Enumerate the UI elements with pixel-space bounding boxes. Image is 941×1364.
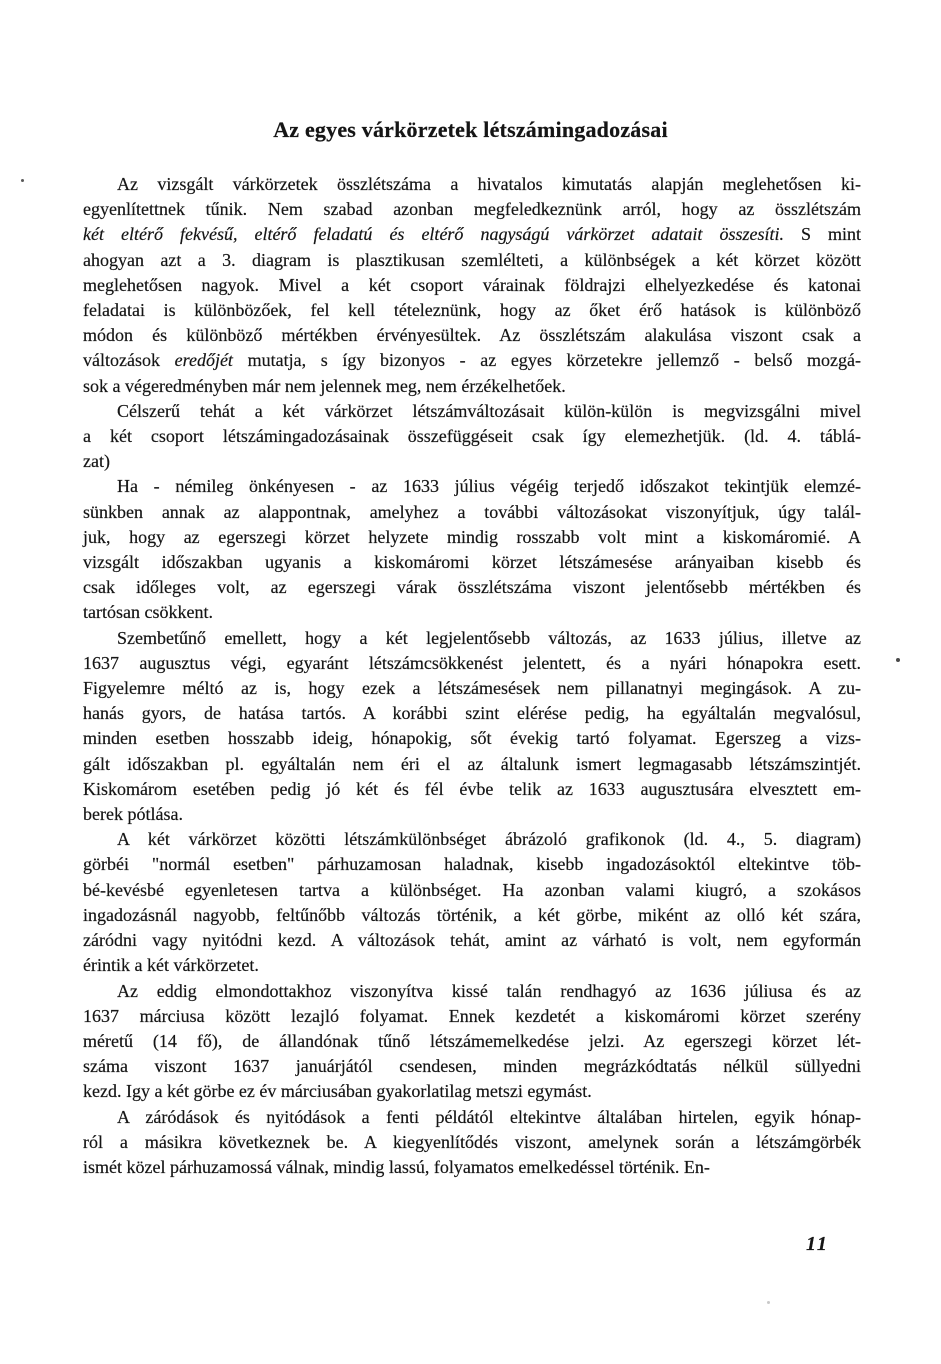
page-number: 11 bbox=[806, 1233, 829, 1256]
text-line: csak időleges volt, az egerszegi várak ö… bbox=[83, 575, 861, 600]
text-line: tartósan csökkent. bbox=[83, 600, 861, 625]
text-segment: hanás gyors, de hatása tartós. A korábbi… bbox=[83, 703, 861, 723]
text-segment: minden esetben hosszabb ideig, hónapokig… bbox=[83, 728, 861, 748]
text-line: hanás gyors, de hatása tartós. A korábbi… bbox=[83, 701, 861, 726]
italic-text-segment: két eltérő fekvésű, eltérő feladatú és e… bbox=[83, 224, 784, 244]
paragraph: Szembetűnő emellett, hogy a két legjelen… bbox=[83, 626, 861, 828]
scan-speck-icon bbox=[21, 179, 24, 182]
text-line: Ha - némileg önkényesen - az 1633 július… bbox=[83, 474, 861, 499]
scan-speck-icon bbox=[767, 1301, 770, 1304]
text-segment: Figyelemre méltó az is, hogy ezek a léts… bbox=[83, 678, 861, 698]
text-line: gált időszakban pl. egyáltalán nem éri e… bbox=[83, 752, 861, 777]
text-line: Az vizsgált várkörzetek összlétszáma a h… bbox=[83, 172, 861, 197]
paragraph: Az eddig elmondottakhoz viszonyítva kiss… bbox=[83, 979, 861, 1105]
text-segment: zat) bbox=[83, 451, 110, 471]
text-line: görbéi "normál esetben" párhuzamosan hal… bbox=[83, 852, 861, 877]
text-line: minden esetben hosszabb ideig, hónapokig… bbox=[83, 726, 861, 751]
text-line: 1637 augusztus végi, egyaránt létszámcsö… bbox=[83, 651, 861, 676]
text-segment: egyenlítettnek tűnik. Nem szabad azonban… bbox=[83, 199, 861, 219]
text-segment: bé-kevésbé egyenletesen tartva a különbs… bbox=[83, 880, 861, 900]
text-line: ismét közel párhuzamossá válnak, mindig … bbox=[83, 1155, 861, 1180]
text-segment: záródni vagy nyitódni kezd. A változások… bbox=[83, 930, 861, 950]
text-line: egyenlítettnek tűnik. Nem szabad azonban… bbox=[83, 197, 861, 222]
text-line: Célszerű tehát a két várkörzet létszámvá… bbox=[83, 399, 861, 424]
text-line: módon és különböző mértékben érvényesült… bbox=[83, 323, 861, 348]
page-title: Az egyes várkörzetek létszámingadozásai bbox=[0, 117, 941, 143]
text-segment: változások bbox=[83, 350, 175, 370]
text-segment: Az vizsgált várkörzetek összlétszáma a h… bbox=[117, 174, 861, 194]
text-segment: Szembetűnő emellett, hogy a két legjelen… bbox=[117, 628, 861, 648]
text-line: berek pótlása. bbox=[83, 802, 861, 827]
text-segment: ról a másikra következnek be. A kiegyenl… bbox=[83, 1132, 861, 1152]
text-line: A két várkörzet közötti létszámkülönbség… bbox=[83, 827, 861, 852]
text-segment: kezd. Igy a két görbe ez év márciusában … bbox=[83, 1081, 592, 1101]
text-segment: módon és különböző mértékben érvényesült… bbox=[83, 325, 861, 345]
text-segment: csak időleges volt, az egerszegi várak ö… bbox=[83, 577, 861, 597]
text-line: Az eddig elmondottakhoz viszonyítva kiss… bbox=[83, 979, 861, 1004]
text-segment: A záródások és nyitódások a fenti példát… bbox=[117, 1107, 861, 1127]
text-segment: Az eddig elmondottakhoz viszonyítva kiss… bbox=[117, 981, 861, 1001]
text-line: meglehetősen nagyok. Mivel a két csoport… bbox=[83, 273, 861, 298]
text-line: Figyelemre méltó az is, hogy ezek a léts… bbox=[83, 676, 861, 701]
paragraph: Célszerű tehát a két várkörzet létszámvá… bbox=[83, 399, 861, 475]
text-segment: ismét közel párhuzamossá válnak, mindig … bbox=[83, 1157, 710, 1177]
text-segment: A két várkörzet közötti létszámkülönbség… bbox=[117, 829, 861, 849]
text-line: kezd. Igy a két görbe ez év márciusában … bbox=[83, 1079, 861, 1104]
text-segment: ingadozásnál nagyobb, feltűnőbb változás… bbox=[83, 905, 861, 925]
paragraph: Az vizsgált várkörzetek összlétszáma a h… bbox=[83, 172, 861, 399]
text-segment: berek pótlása. bbox=[83, 804, 183, 824]
text-line: sünkben annak az alappontnak, amelyhez a… bbox=[83, 500, 861, 525]
text-line: juk, hogy az egerszegi körzet helyzete m… bbox=[83, 525, 861, 550]
text-segment: vizsgált időszakban ugyanis a kiskomárom… bbox=[83, 552, 861, 572]
paragraph: A két várkörzet közötti létszámkülönbség… bbox=[83, 827, 861, 978]
italic-text-segment: eredőjét bbox=[175, 350, 233, 370]
text-line: változások eredőjét mutatja, s így bizon… bbox=[83, 348, 861, 373]
text-line: zat) bbox=[83, 449, 861, 474]
text-segment: tartósan csökkent. bbox=[83, 602, 213, 622]
text-line: Kiskomárom esetében pedig jó két és fél … bbox=[83, 777, 861, 802]
text-line: két eltérő fekvésű, eltérő feladatú és e… bbox=[83, 222, 861, 247]
text-line: sok a végeredményben már nem jelennek me… bbox=[83, 374, 861, 399]
text-segment: Célszerű tehát a két várkörzet létszámvá… bbox=[117, 401, 861, 421]
text-line: ról a másikra következnek be. A kiegyenl… bbox=[83, 1130, 861, 1155]
text-segment: S mint bbox=[784, 224, 861, 244]
text-segment: sok a végeredményben már nem jelennek me… bbox=[83, 376, 566, 396]
text-segment: feladatai is különbözőek, fel kell tétel… bbox=[83, 300, 861, 320]
text-segment: meglehetősen nagyok. Mivel a két csoport… bbox=[83, 275, 861, 295]
text-line: méretű (14 fő), de állandónak tűnő létsz… bbox=[83, 1029, 861, 1054]
text-line: a két csoport létszámingadozásainak össz… bbox=[83, 424, 861, 449]
text-line: záródni vagy nyitódni kezd. A változások… bbox=[83, 928, 861, 953]
document-page: Az egyes várkörzetek létszámingadozásai … bbox=[0, 0, 941, 1364]
text-segment: Ha - némileg önkényesen - az 1633 július… bbox=[117, 476, 861, 496]
text-line: száma viszont 1637 januárjától csendesen… bbox=[83, 1054, 861, 1079]
text-line: A záródások és nyitódások a fenti példát… bbox=[83, 1105, 861, 1130]
text-line: feladatai is különbözőek, fel kell tétel… bbox=[83, 298, 861, 323]
text-segment: méretű (14 fő), de állandónak tűnő létsz… bbox=[83, 1031, 861, 1051]
text-segment: érintik a két várkörzetet. bbox=[83, 955, 259, 975]
text-line: bé-kevésbé egyenletesen tartva a különbs… bbox=[83, 878, 861, 903]
paragraph: A záródások és nyitódások a fenti példát… bbox=[83, 1105, 861, 1181]
text-segment: juk, hogy az egerszegi körzet helyzete m… bbox=[83, 527, 861, 547]
text-line: Szembetűnő emellett, hogy a két legjelen… bbox=[83, 626, 861, 651]
text-segment: száma viszont 1637 januárjától csendesen… bbox=[83, 1056, 861, 1076]
text-segment: mutatja, s így bizonyos - az egyes körze… bbox=[233, 350, 861, 370]
text-line: 1637 márciusa között lezajló folyamat. E… bbox=[83, 1004, 861, 1029]
body-text: Az vizsgált várkörzetek összlétszáma a h… bbox=[83, 172, 861, 1180]
text-segment: ahogyan azt a 3. diagram is plasztikusan… bbox=[83, 250, 861, 270]
text-segment: 1637 augusztus végi, egyaránt létszámcsö… bbox=[83, 653, 861, 673]
text-line: ingadozásnál nagyobb, feltűnőbb változás… bbox=[83, 903, 861, 928]
text-segment: 1637 márciusa között lezajló folyamat. E… bbox=[83, 1006, 861, 1026]
text-line: vizsgált időszakban ugyanis a kiskomárom… bbox=[83, 550, 861, 575]
text-line: ahogyan azt a 3. diagram is plasztikusan… bbox=[83, 248, 861, 273]
text-segment: gált időszakban pl. egyáltalán nem éri e… bbox=[83, 754, 861, 774]
scan-speck-icon bbox=[896, 658, 900, 662]
text-segment: Kiskomárom esetében pedig jó két és fél … bbox=[83, 779, 861, 799]
text-segment: a két csoport létszámingadozásainak össz… bbox=[83, 426, 861, 446]
text-segment: sünkben annak az alappontnak, amelyhez a… bbox=[83, 502, 861, 522]
text-line: érintik a két várkörzetet. bbox=[83, 953, 861, 978]
text-segment: görbéi "normál esetben" párhuzamosan hal… bbox=[83, 854, 861, 874]
paragraph: Ha - némileg önkényesen - az 1633 július… bbox=[83, 474, 861, 625]
